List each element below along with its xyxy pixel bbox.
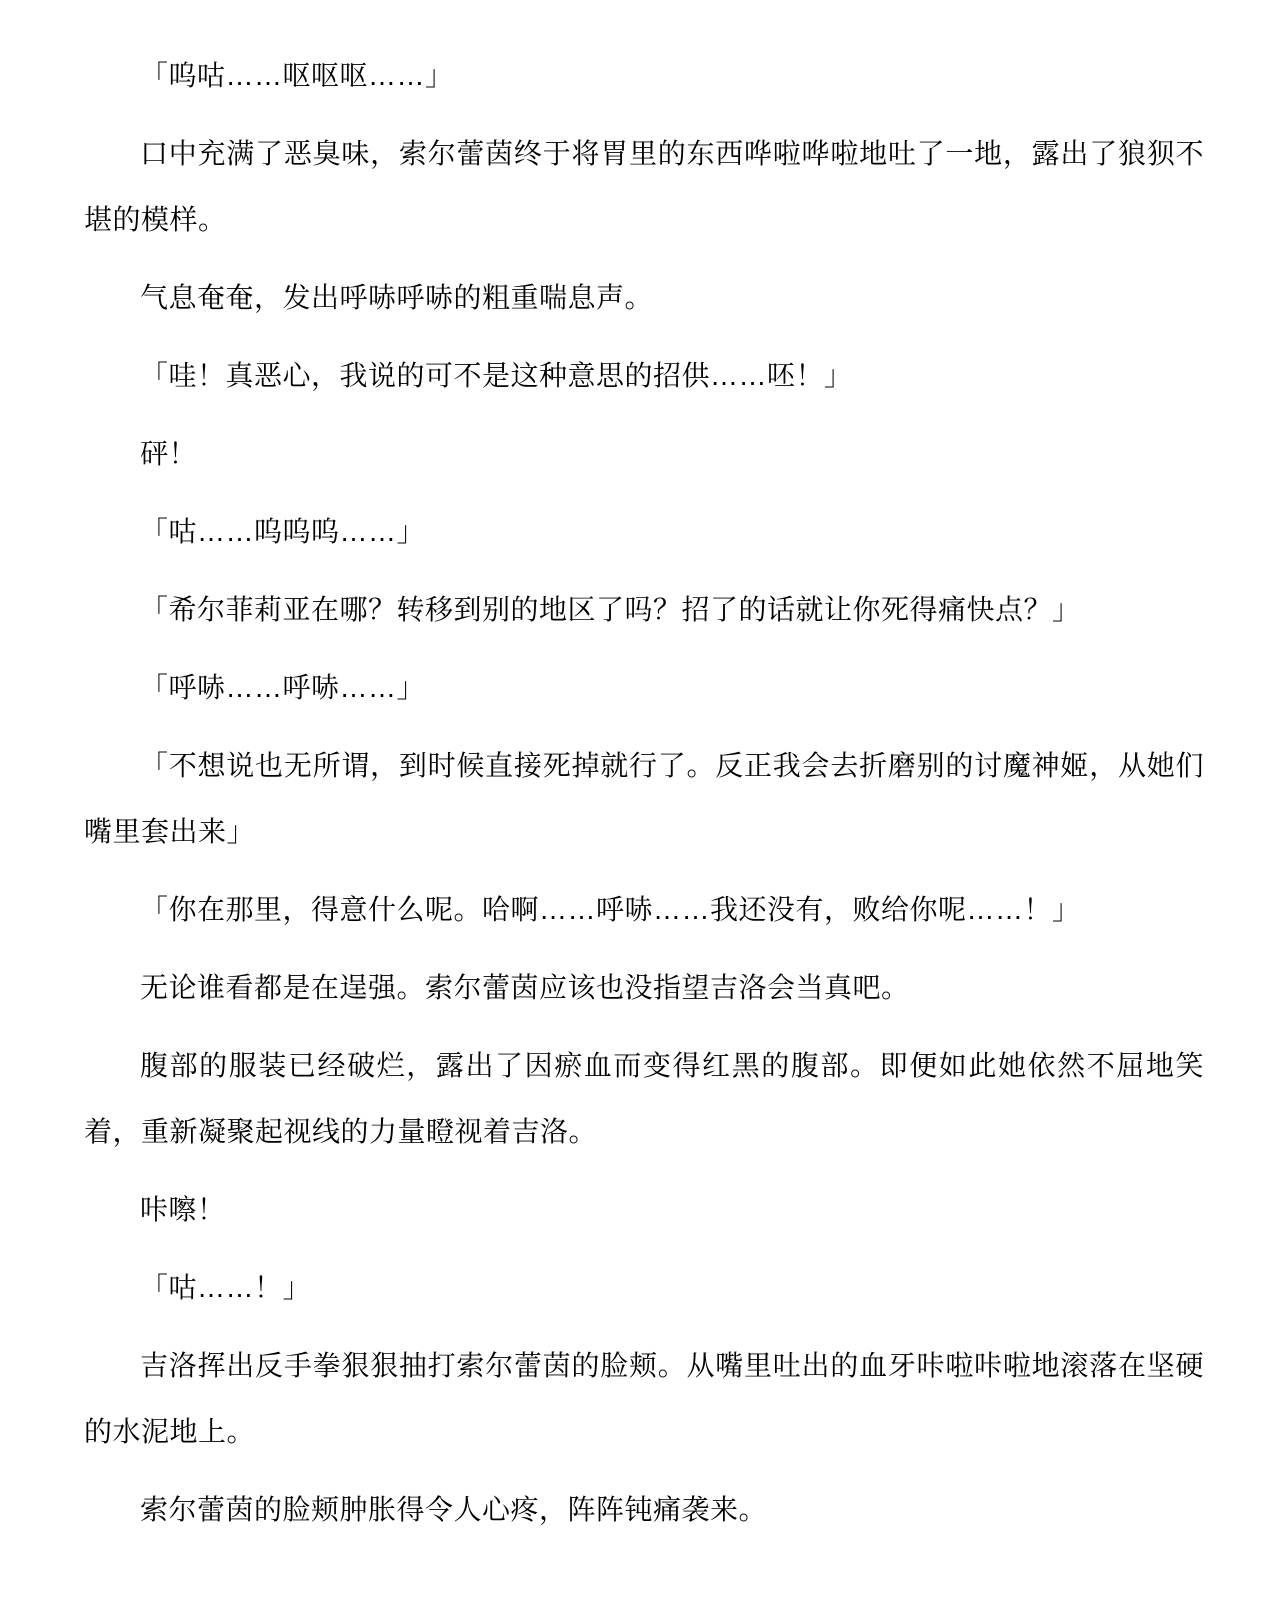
novel-page: 「呜咕……呕呕呕……」口中充满了恶臭味，索尔蕾茵终于将胃里的东西哗啦哗啦地吐了一…	[0, 0, 1280, 1624]
text-column: 「呜咕……呕呕呕……」口中充满了恶臭味，索尔蕾茵终于将胃里的东西哗啦哗啦地吐了一…	[0, 0, 1280, 1543]
paragraph: 「咕……呜呜呜……」	[84, 499, 1204, 565]
paragraph: 砰！	[84, 421, 1204, 487]
paragraph: 口中充满了恶臭味，索尔蕾茵终于将胃里的东西哗啦哗啦地吐了一地，露出了狼狈不堪的模…	[84, 121, 1204, 253]
paragraph: 「希尔菲莉亚在哪？转移到别的地区了吗？招了的话就让你死得痛快点？」	[84, 577, 1204, 643]
paragraph: 无论谁看都是在逞强。索尔蕾茵应该也没指望吉洛会当真吧。	[84, 955, 1204, 1021]
paragraph: 索尔蕾茵的脸颊肿胀得令人心疼，阵阵钝痛袭来。	[84, 1477, 1204, 1543]
paragraph: 吉洛挥出反手拳狠狠抽打索尔蕾茵的脸颊。从嘴里吐出的血牙咔啦咔啦地滚落在坚硬的水泥…	[84, 1333, 1204, 1465]
paragraph: 「呜咕……呕呕呕……」	[84, 43, 1204, 109]
paragraph: 咔嚓！	[84, 1177, 1204, 1243]
paragraph: 「不想说也无所谓，到时候直接死掉就行了。反正我会去折磨别的讨魔神姬，从她们嘴里套…	[84, 733, 1204, 865]
paragraph: 「咕……！」	[84, 1255, 1204, 1321]
paragraph: 腹部的服装已经破烂，露出了因瘀血而变得红黑的腹部。即便如此她依然不屈地笑着，重新…	[84, 1033, 1204, 1165]
paragraph: 「你在那里，得意什么呢。哈啊……呼哧……我还没有，败给你呢……！」	[84, 877, 1204, 943]
paragraph: 「哇！真恶心，我说的可不是这种意思的招供……呸！」	[84, 343, 1204, 409]
paragraph: 「呼哧……呼哧……」	[84, 655, 1204, 721]
paragraph: 气息奄奄，发出呼哧呼哧的粗重喘息声。	[84, 265, 1204, 331]
